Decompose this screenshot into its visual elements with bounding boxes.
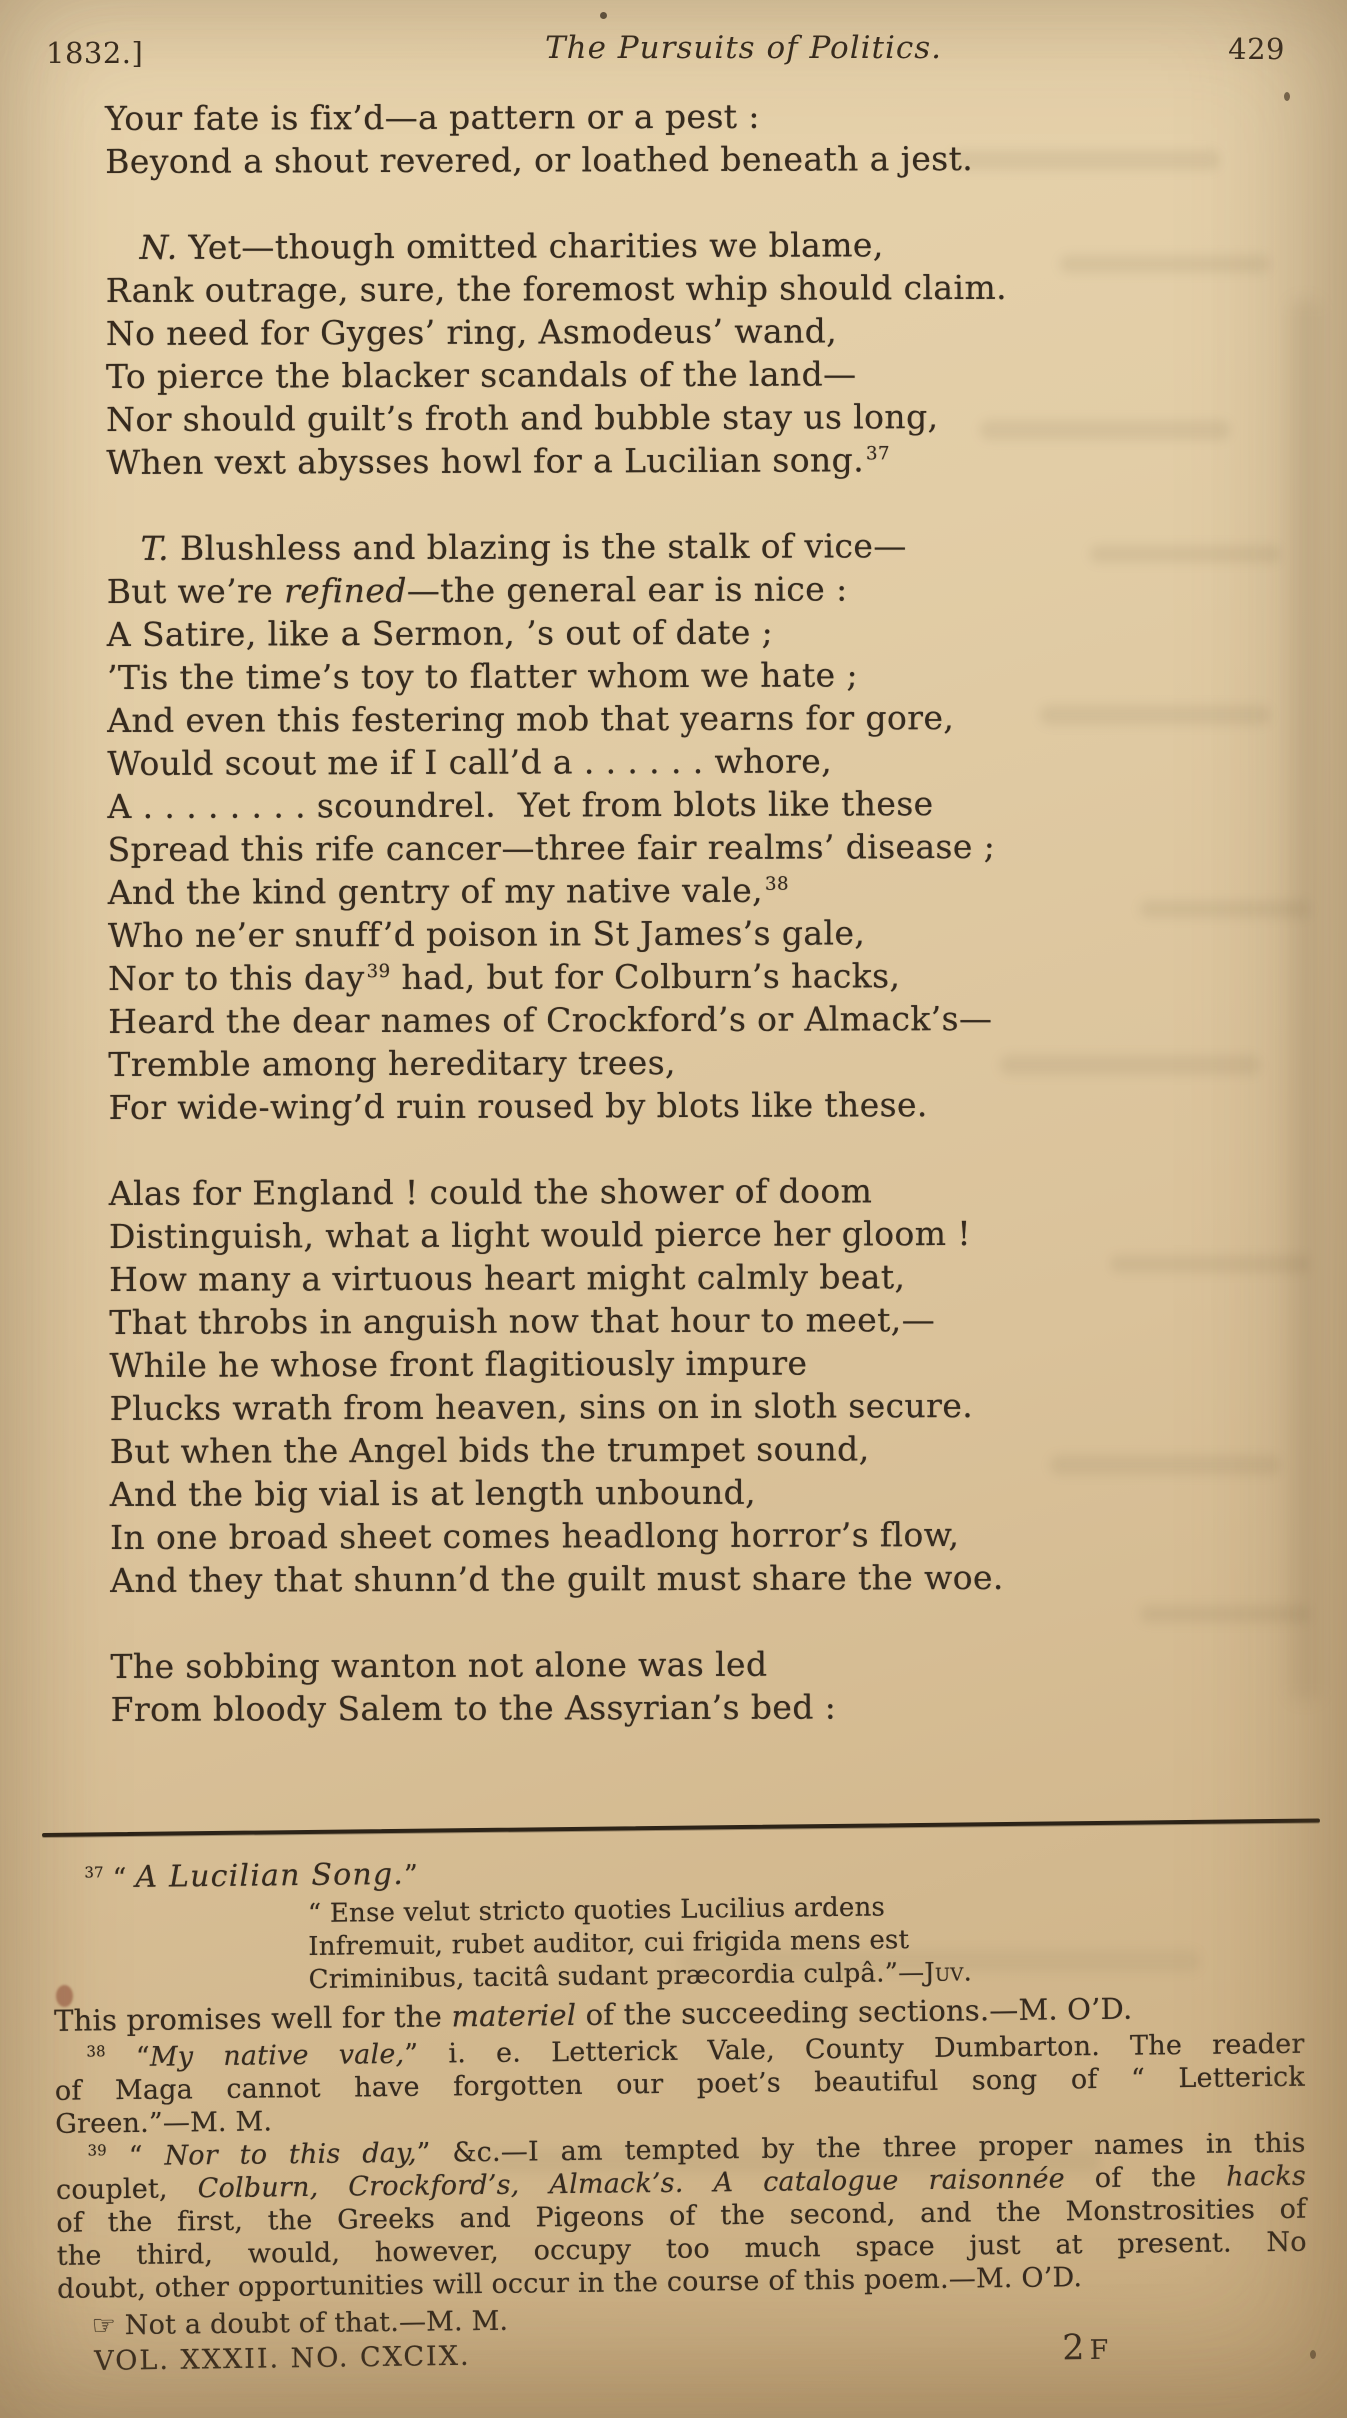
bleed-through-mark (1290, 300, 1320, 1700)
poem-line: And the big vial is at length unbound, (110, 1469, 1270, 1516)
poem-stanza: Alas for England ! could the shower of d… (109, 1168, 1270, 1602)
poem-line: Rank outrage, sure, the foremost whip sh… (106, 265, 1266, 312)
poem-line: While he whose front flagitiously impure (109, 1340, 1269, 1387)
poem-line: Distinguish, what a light would pierce h… (109, 1211, 1269, 1258)
poem-line: And they that shunn’d the guilt must sha… (110, 1555, 1270, 1602)
header-page-number: 429 (1228, 32, 1285, 66)
poem-line: From bloody Salem to the Assyrian’s bed … (111, 1684, 1271, 1731)
poem-line: Alas for England ! could the shower of d… (109, 1168, 1269, 1215)
poem-line: Spread this rife cancer—three fair realm… (108, 824, 1268, 871)
poem-line: Heard the dear names of Crockford’s or A… (108, 996, 1268, 1043)
poem-body: Your fate is fix’d—a pattern or a pest :… (105, 93, 1271, 1731)
footnotes: 37 “ A Lucilian Song.” “ Ense velut stri… (52, 1847, 1307, 2345)
poem-stanza: T. Blushless and blazing is the stalk of… (107, 523, 1269, 1129)
poem-stanza: The sobbing wanton not alone was ledFrom… (110, 1641, 1270, 1731)
poem-line: ’Tis the time’s toy to flatter whom we h… (107, 652, 1267, 699)
footnote-section: 37 “ A Lucilian Song.” “ Ense velut stri… (0, 1818, 1347, 2345)
poem-line: But we’re refined—the general ear is nic… (107, 566, 1267, 613)
signature-letter: F (1089, 2335, 1109, 2366)
signature-number: 2 (1062, 2328, 1085, 2368)
poem-line: Tremble among hereditary trees, (108, 1039, 1268, 1086)
poem-line: Would scout me if I call’d a . . . . . .… (107, 738, 1267, 785)
poem-line: T. Blushless and blazing is the stalk of… (107, 523, 1267, 570)
printers-signature: 2 F (1062, 2328, 1110, 2369)
poem-line: Plucks wrath from heaven, sins on in slo… (110, 1383, 1270, 1430)
poem-line: Nor should guilt’s froth and bubble stay… (106, 394, 1266, 441)
poem-line: But when the Angel bids the trumpet soun… (110, 1426, 1270, 1473)
poem-line: The sobbing wanton not alone was led (110, 1641, 1270, 1688)
poem-line: A Satire, like a Sermon, ’s out of date … (107, 609, 1267, 656)
ink-speck (600, 12, 607, 19)
footnote-38: 38 “My native vale,” i. e. Letterick Val… (54, 2028, 1305, 2141)
poem-line: And the kind gentry of my native vale,38 (108, 867, 1268, 914)
poem-line: In one broad sheet comes headlong horror… (110, 1512, 1270, 1559)
poem-line: Nor to this day39 had, but for Colburn’s… (108, 953, 1268, 1000)
ink-speck (1310, 2350, 1316, 2359)
poem-line: To pierce the blacker scandals of the la… (106, 351, 1266, 398)
running-title: The Pursuits of Politics. (70, 30, 1347, 66)
poem-line: Your fate is fix’d—a pattern or a pest : (105, 93, 1265, 140)
poem-line: No need for Gyges’ ring, Asmodeus’ wand, (106, 308, 1266, 355)
poem-line: That throbs in anguish now that hour to … (109, 1297, 1269, 1344)
poem-line: Who ne’er snuff’d poison in St James’s g… (108, 910, 1268, 957)
poem-line: A . . . . . . . . scoundrel. Yet from bl… (107, 781, 1267, 828)
poem-line: Beyond a shout revered, or loathed benea… (105, 136, 1265, 183)
footnote-39: 39 “ Nor to this day,” &c.—I am tempted … (55, 2127, 1307, 2306)
poem-line: N. Yet—though omitted charities we blame… (105, 222, 1265, 269)
volume-number: VOL. XXXII. NO. CXCIX. (94, 2341, 471, 2377)
poem-line: And even this festering mob that yearns … (107, 695, 1267, 742)
poem-line: For wide-wing’d ruin roused by blots lik… (108, 1082, 1268, 1129)
poem-line: When vext abysses howl for a Lucilian so… (106, 437, 1266, 484)
poem-stanza: Your fate is fix’d—a pattern or a pest :… (105, 93, 1265, 183)
footnote-divider-rule (42, 1818, 1320, 1836)
footnote-37-latin-quote: “ Ense velut stricto quoties Lucilius ar… (308, 1887, 1304, 1997)
poem-stanza: N. Yet—though omitted charities we blame… (105, 222, 1266, 484)
poem-line: How many a virtuous heart might calmly b… (109, 1254, 1269, 1301)
ink-speck (1284, 92, 1290, 101)
